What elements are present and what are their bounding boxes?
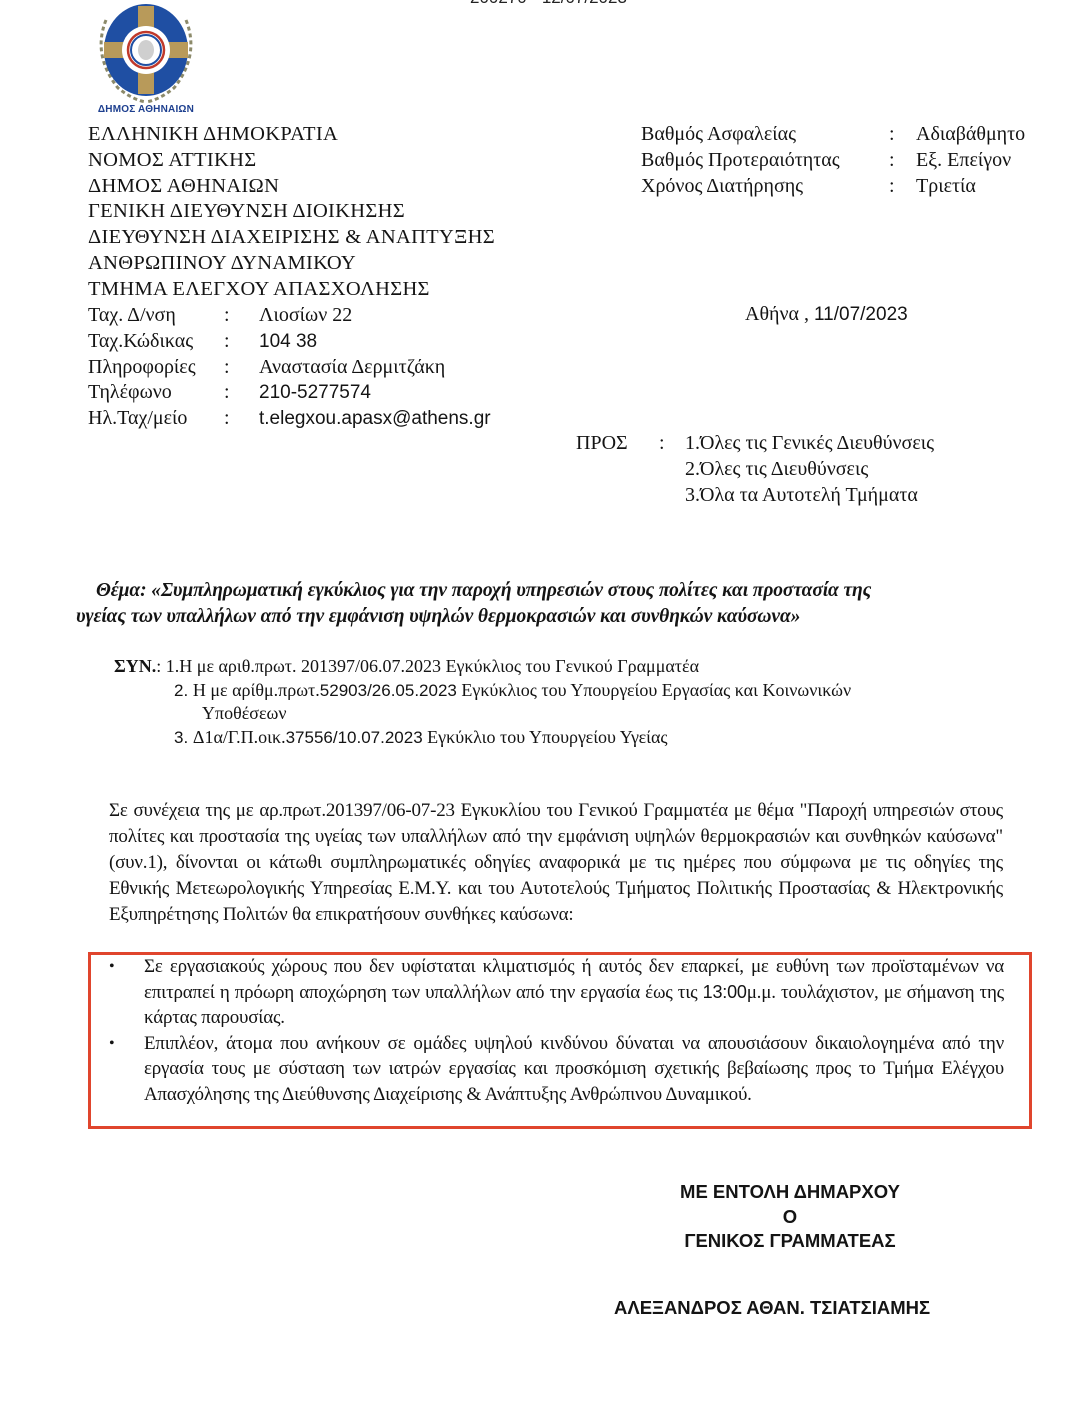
recipient-item: 1.Όλες τις Γενικές Διευθύνσεις	[685, 431, 934, 457]
authority-line: ΑΝΘΡΩΠΙΝΟΥ ΔΥΝΑΜΙΚΟΥ	[88, 251, 495, 277]
recipients-list: 1.Όλες τις Γενικές Διευθύνσεις 2.Όλες τι…	[685, 431, 934, 508]
authority-line: ΔΙΕΥΘΥΝΣΗ ΔΙΑΧΕΙΡΙΣΗΣ & ΑΝΑΠΤΥΞΗΣ	[88, 225, 495, 251]
signature-line: ΓΕΝΙΚΟΣ ΓΡΑΜΜΑΤΕΑΣ	[640, 1229, 940, 1254]
bullet-item: • Επιπλέον, άτομα που ανήκουν σε ομάδες …	[104, 1031, 1004, 1108]
separator: :	[224, 355, 259, 381]
separator: :	[889, 122, 916, 148]
contact-value: Αναστασία Δερμιτζάκη	[259, 355, 445, 381]
contact-label: Ταχ. Δ/νση	[88, 303, 224, 329]
contact-label: Τηλέφωνο	[88, 380, 224, 406]
logo-caption: ΔΗΜΟΣ ΑΘΗΝΑΙΩΝ	[94, 104, 198, 115]
separator: :	[889, 148, 916, 174]
date-value: 11/07/2023	[814, 304, 908, 325]
contact-value: Λιοσίων 22	[259, 303, 352, 329]
separator: :	[659, 431, 665, 457]
meta-row-priority: Βαθμός Προτεραιότητας : Εξ. Επείγον	[641, 148, 1025, 174]
contact-label: Ταχ.Κώδικας	[88, 329, 224, 355]
recipient-item: 2.Όλες τις Διευθύνσεις	[685, 457, 934, 483]
bullet-item: • Σε εργασιακούς χώρους που δεν υφίστατα…	[104, 954, 1004, 1031]
authority-line: ΕΛΛΗΝΙΚΗ ΔΗΜΟΚΡΑΤΙΑ	[88, 122, 495, 148]
meta-label: Βαθμός Προτεραιότητας	[641, 148, 889, 174]
body-paragraph: Σε συνέχεια της με αρ.πρωτ.201397/06-07-…	[76, 798, 1003, 928]
reference-number: 52903/26.05.2023	[320, 681, 457, 700]
recipients-label: ΠΡΟΣ	[576, 431, 628, 457]
recipient-item: 3.Όλα τα Αυτοτελή Τμήματα	[685, 483, 934, 509]
authority-line: ΔΗΜΟΣ ΑΘΗΝΑΙΩΝ	[88, 174, 495, 200]
reference-continuation: Υποθέσεων	[202, 702, 287, 726]
reference-number: 37556/10.07.2023	[286, 728, 423, 747]
subject-label: Θέμα:	[96, 580, 147, 601]
contact-label: Πληροφορίες	[88, 355, 224, 381]
separator: :	[889, 174, 916, 200]
reference-item: 2. Η με αρίθμ.πρωτ.52903/26.05.2023 Εγκύ…	[174, 679, 851, 703]
authority-line: ΤΜΗΜΑ ΕΛΕΓΧΟΥ ΑΠΑΣΧΟΛΗΣΗΣ	[88, 277, 495, 303]
contact-row-info: Πληροφορίες : Αναστασία Δερμιτζάκη	[88, 355, 491, 381]
email-link[interactable]: t.elegxou.apasx@athens.gr	[259, 406, 491, 432]
references-label: ΣΥΝ.	[114, 656, 156, 676]
document-classification-block: Βαθμός Ασφαλείας : Αδιαβάθμητο Βαθμός Πρ…	[641, 122, 1025, 199]
meta-value: Εξ. Επείγον	[916, 148, 1011, 174]
contact-row-phone: Τηλέφωνο : 210-5277574	[88, 380, 491, 406]
document-date: Αθήνα , 11/07/2023	[745, 303, 908, 326]
subject-block: Θέμα: «Συμπληρωματική εγκύκλιος για την …	[76, 578, 1006, 630]
contact-row-address: Ταχ. Δ/νση : Λιοσίων 22	[88, 303, 491, 329]
signature-line: Ο	[640, 1205, 940, 1230]
signature-line: ΜΕ ΕΝΤΟΛΗ ΔΗΜΑΡΧΟΥ	[640, 1180, 940, 1205]
authority-line: ΝΟΜΟΣ ΑΤΤΙΚΗΣ	[88, 148, 495, 174]
bullet-icon: •	[109, 1031, 114, 1057]
contact-row-postcode: Ταχ.Κώδικας : 104 38	[88, 329, 491, 355]
contact-label: Ηλ.Ταχ/μείο	[88, 406, 224, 432]
contact-value: 210-5277574	[259, 380, 371, 406]
subject-text-line2: υγείας των υπαλλήλων από την εμφάνιση υψ…	[76, 604, 1006, 630]
subject-text-line1: «Συμπληρωματική εγκύκλιος για την παροχή…	[147, 580, 872, 601]
municipality-emblem-icon	[88, 0, 204, 118]
contact-info-block: Ταχ. Δ/νση : Λιοσίων 22 Ταχ.Κώδικας : 10…	[88, 303, 491, 432]
reference-item: 3. Δ1α/Γ.Π.οικ.37556/10.07.2023 Εγκύκλιο…	[174, 726, 668, 750]
signer-name: ΑΛΕΞΑΝΔΡΟΣ ΑΘΑΝ. ΤΣΙΑΤΣΙΑΜΗΣ	[614, 1297, 930, 1319]
meta-row-retention: Χρόνος Διατήρησης : Τριετία	[641, 174, 1025, 200]
meta-value: Αδιαβάθμητο	[916, 122, 1025, 148]
time-value: 13:00	[703, 982, 747, 1002]
separator: :	[224, 406, 259, 432]
protocol-number-clipped: 200270 - 12/07/2023	[470, 0, 627, 8]
highlighted-bullets: • Σε εργασιακούς χώρους που δεν υφίστατα…	[104, 954, 1004, 1108]
reference-number: 201397/06.07.2023	[301, 656, 441, 676]
signature-block: ΜΕ ΕΝΤΟΛΗ ΔΗΜΑΡΧΟΥ Ο ΓΕΝΙΚΟΣ ΓΡΑΜΜΑΤΕΑΣ	[640, 1180, 940, 1254]
reference-item: ΣΥΝ.: 1.Η με αριθ.πρωτ. 201397/06.07.202…	[114, 655, 699, 679]
meta-value: Τριετία	[916, 174, 976, 200]
issuing-authority-block: ΕΛΛΗΝΙΚΗ ΔΗΜΟΚΡΑΤΙΑ ΝΟΜΟΣ ΑΤΤΙΚΗΣ ΔΗΜΟΣ …	[88, 122, 495, 303]
contact-value: 104 38	[259, 329, 317, 355]
meta-label: Βαθμός Ασφαλείας	[641, 122, 889, 148]
meta-row-security: Βαθμός Ασφαλείας : Αδιαβάθμητο	[641, 122, 1025, 148]
separator: :	[224, 329, 259, 355]
date-place: Αθήνα ,	[745, 303, 814, 325]
meta-label: Χρόνος Διατήρησης	[641, 174, 889, 200]
bullet-icon: •	[109, 954, 114, 980]
contact-row-email: Ηλ.Ταχ/μείο : t.elegxou.apasx@athens.gr	[88, 406, 491, 432]
authority-line: ΓΕΝΙΚΗ ΔΙΕΥΘΥΝΣΗ ΔΙΟΙΚΗΣΗΣ	[88, 199, 495, 225]
separator: :	[224, 303, 259, 329]
separator: :	[224, 380, 259, 406]
